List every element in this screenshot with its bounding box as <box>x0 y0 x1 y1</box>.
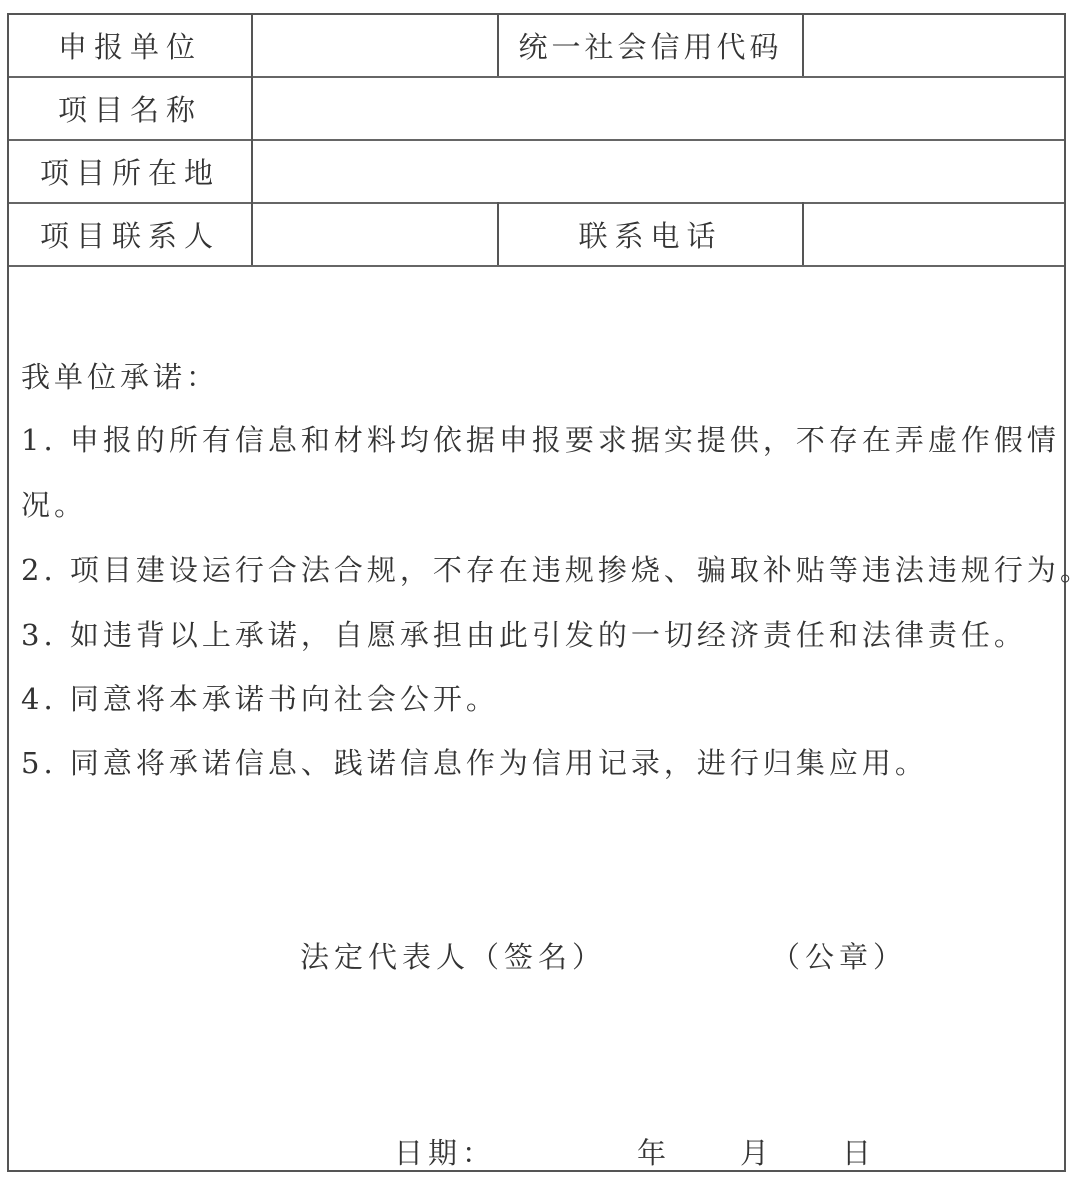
pledge-item-5: 5. 同意将承诺信息、践诺信息作为信用记录，进行归集应用。 <box>21 741 1054 782</box>
contact-phone-field[interactable] <box>804 204 1064 265</box>
pledge-form: 申报单位 统一社会信用代码 项目名称 项目所在地 项目联系人 联系电话 我单位承… <box>7 13 1066 1172</box>
project-name-field[interactable] <box>253 78 1064 139</box>
date-day-label: 日 <box>842 1131 876 1172</box>
row-divider <box>9 265 1064 267</box>
date-label: 日期： <box>394 1131 496 1172</box>
label-applicant-unit: 申报单位 <box>9 15 251 76</box>
pledge-item-3: 3. 如违背以上承诺，自愿承担由此引发的一切经济责任和法律责任。 <box>21 613 1054 654</box>
label-project-name: 项目名称 <box>9 78 251 139</box>
pledge-item-1: 1. 申报的所有信息和材料均依据申报要求据实提供，不存在弄虚作假情 <box>21 418 1054 459</box>
applicant-unit-field[interactable] <box>253 15 497 76</box>
project-location-field[interactable] <box>253 141 1064 202</box>
label-credit-code: 统一社会信用代码 <box>499 15 802 76</box>
official-seal-label: （公章） <box>771 935 907 976</box>
pledge-intro: 我单位承诺： <box>21 355 1054 396</box>
label-project-contact: 项目联系人 <box>9 204 251 265</box>
legal-representative-signature-label: 法定代表人（签名） <box>300 935 606 976</box>
project-contact-field[interactable] <box>253 204 497 265</box>
date-month-label: 月 <box>740 1131 774 1172</box>
pledge-item-1-cont: 况。 <box>21 483 1054 524</box>
pledge-item-4: 4. 同意将本承诺书向社会公开。 <box>21 677 1054 718</box>
label-contact-phone: 联系电话 <box>499 204 802 265</box>
date-year-label: 年 <box>637 1131 671 1172</box>
pledge-item-2: 2. 项目建设运行合法合规，不存在违规掺烧、骗取补贴等违法违规行为。 <box>21 548 1054 589</box>
credit-code-field[interactable] <box>804 15 1064 76</box>
label-project-location: 项目所在地 <box>9 141 251 202</box>
